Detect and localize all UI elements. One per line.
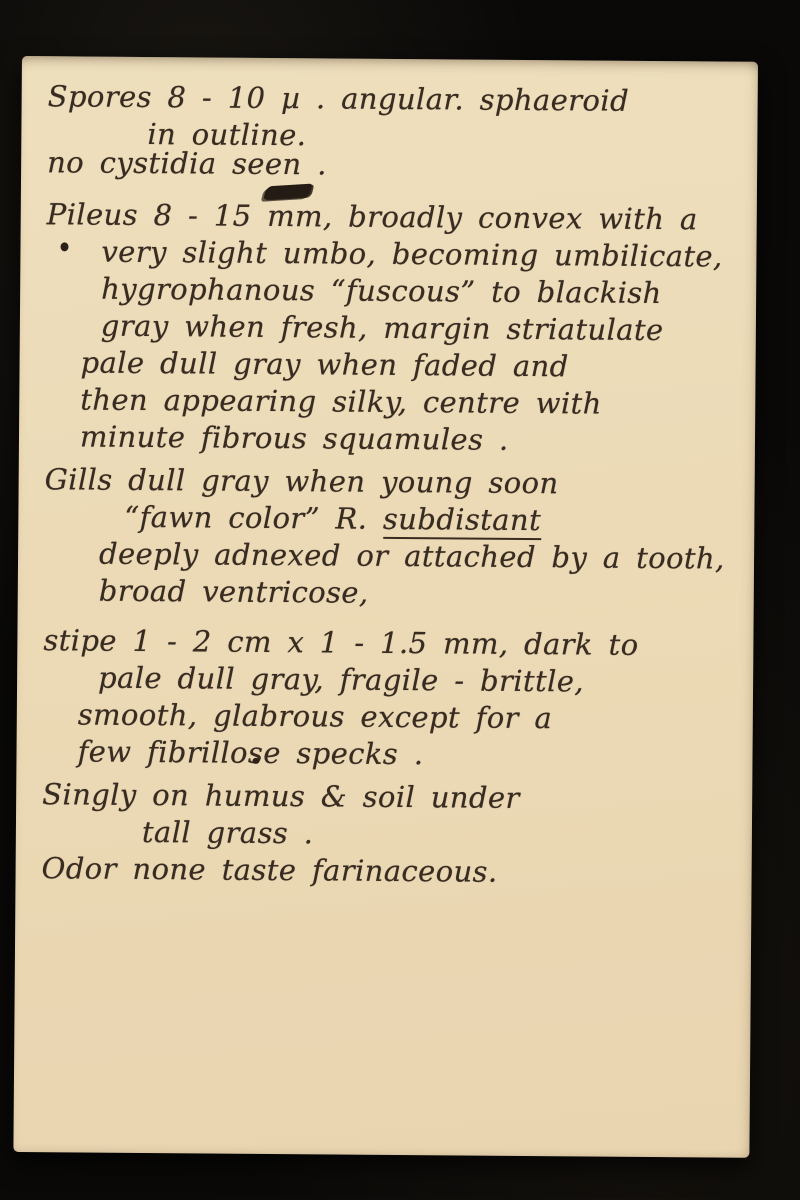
note-line-spores: Spores 8 - 10 µ . angular. sphaeroid xyxy=(48,78,740,120)
note-line: “fawn color” R. subdistant xyxy=(124,499,736,541)
note-line-cystidia: no cystidia seen . xyxy=(47,144,739,186)
note-line: few fibrillose specks . xyxy=(77,733,734,775)
note-line-odor: Odor none taste farinaceous. xyxy=(41,850,733,892)
note-line: hygrophanous “fuscous” to blackish xyxy=(101,271,738,313)
note-line: pale dull gray when faded and xyxy=(80,344,737,386)
handwritten-note: Spores 8 - 10 µ . angular. sphaeroid in … xyxy=(41,78,739,892)
pileus-text-post: broadly convex with a xyxy=(332,199,697,236)
fawn-color-text: “fawn color” R. xyxy=(124,500,383,536)
note-line: broad ventricose, xyxy=(99,573,736,615)
note-line: smooth, glabrous except for a xyxy=(78,696,735,738)
scribbled-out-word xyxy=(264,184,313,200)
underlined-word: subdistant xyxy=(383,502,541,540)
note-line-habitat: Singly on humus & soil under xyxy=(42,776,734,818)
note-line: then appearing silky, centre with xyxy=(80,381,737,423)
note-line-stipe: stipe 1 - 2 cm x 1 - 1.5 mm, dark to xyxy=(43,622,735,664)
note-line-gills: Gills dull gray when young soon xyxy=(45,461,737,503)
note-line: pale dull gray, fragile - brittle, xyxy=(98,660,735,702)
ink-speck xyxy=(60,242,68,251)
note-line: gray when fresh, margin striatulate xyxy=(101,308,738,350)
scan-background: { "page": { "background_color": "#0a0908… xyxy=(0,0,800,1200)
note-line: minute fibrous squamules . xyxy=(80,418,737,460)
pileus-text-pre: Pileus 8 - 15 xyxy=(47,197,268,233)
note-card: Spores 8 - 10 µ . angular. sphaeroid in … xyxy=(13,56,758,1158)
ink-speck xyxy=(252,758,259,764)
mm-with-correction: mm, xyxy=(267,198,333,236)
note-line-pileus: Pileus 8 - 15 mm, broadly convex with a xyxy=(47,196,739,238)
note-line: deeply adnexed or attached by a tooth, xyxy=(99,536,736,578)
note-line: tall grass . xyxy=(142,814,734,856)
note-line: very slight umbo, becoming umbilicate, xyxy=(101,234,738,276)
